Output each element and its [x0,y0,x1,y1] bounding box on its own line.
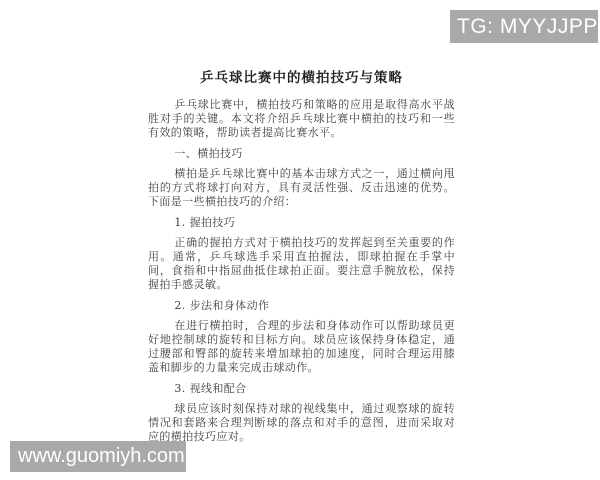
section-4-heading: 3. 视线和配合 [148,382,455,396]
section-1-heading: 一、横拍技巧 [148,147,455,161]
intro-paragraph: 乒乓球比赛中，横拍技巧和策略的应用是取得高水平战胜对手的关键。本文将介绍乒乓球比… [148,98,455,140]
watermark-telegram-badge: TG: MYYJJPP [450,10,598,43]
section-2-heading: 1. 握拍技巧 [148,216,455,230]
watermark-website-badge: www.guomiyh.com [10,441,186,472]
document-page: 乒乓球比赛中的横拍技巧与策略 乒乓球比赛中，横拍技巧和策略的应用是取得高水平战胜… [148,66,455,451]
document-title: 乒乓球比赛中的横拍技巧与策略 [148,66,455,86]
section-3-heading: 2. 步法和身体动作 [148,299,455,313]
section-2-paragraph: 正确的握拍方式对于横拍技巧的发挥起到至关重要的作用。通常，乒乓球选手采用直拍握法… [148,236,455,292]
section-3-paragraph: 在进行横拍时，合理的步法和身体动作可以帮助球员更好地控制球的旋转和目标方向。球员… [148,319,455,375]
section-1-paragraph: 横拍是乒乓球比赛中的基本击球方式之一，通过横向甩拍的方式将球打向对方，具有灵活性… [148,167,455,209]
section-4-paragraph: 球员应该时刻保持对球的视线集中，通过观察球的旋转情况和套路来合理判断球的落点和对… [148,402,455,444]
